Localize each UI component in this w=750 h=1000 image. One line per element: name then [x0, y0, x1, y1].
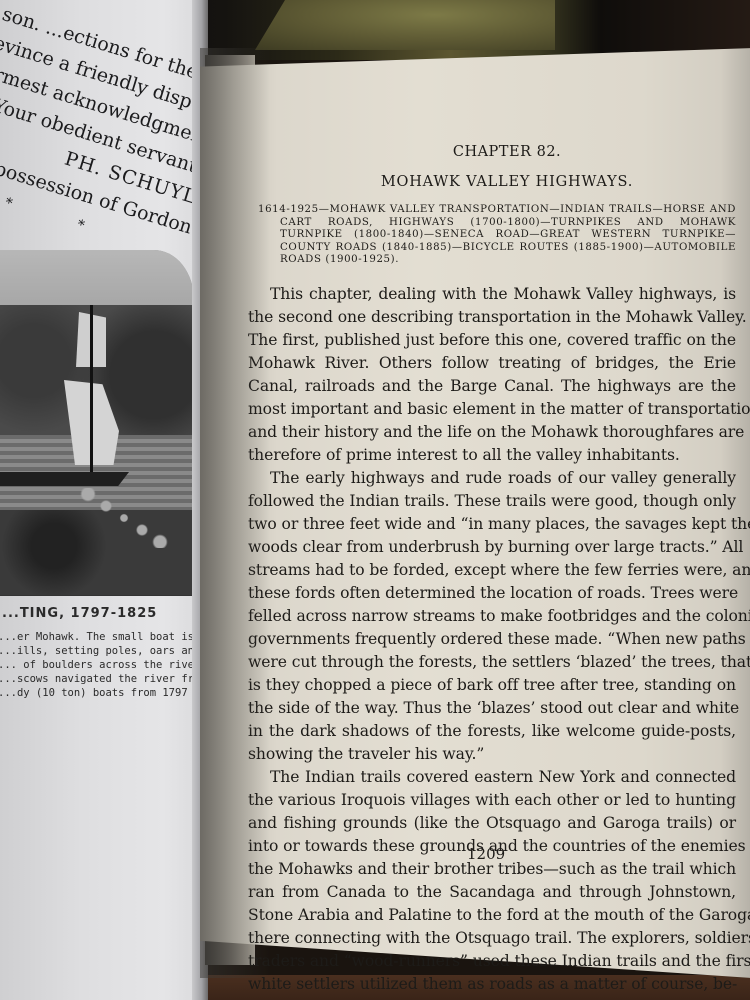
paragraph-3: The Indian trails covered eastern New Yo…: [248, 766, 736, 996]
text-line: is they chopped a piece of bark off tree…: [248, 674, 736, 697]
text-line: the second one describing transportation…: [248, 306, 736, 329]
chapter-synopsis: 1614-1925—MOHAWK VALLEY TRANSPORTATION—I…: [258, 204, 736, 267]
chapter-body: This chapter, dealing with the Mohawk Va…: [248, 283, 736, 996]
chapter-number: CHAPTER 82.: [278, 144, 736, 160]
text-line: The early highways and rude roads of our…: [248, 467, 736, 490]
text-line: The Indian trails covered eastern New Yo…: [248, 766, 736, 789]
caption-line: ...er Mohawk. The small boat is a bat-: [0, 630, 203, 644]
illustration-caption-title: ...TING, 1797-1825: [2, 606, 157, 621]
right-page-content: CHAPTER 82. MOHAWK VALLEY HIGHWAYS. 1614…: [248, 140, 736, 996]
caption-line: ... of boulders across the river V-shape…: [0, 658, 203, 672]
text-line: there connecting with the Otsquago trail…: [248, 927, 736, 950]
page-number: 1209: [467, 845, 505, 863]
text-line: and their history and the life on the Mo…: [248, 421, 736, 444]
boat-illustration: [0, 250, 194, 596]
illustration-caption: ...er Mohawk. The small boat is a bat- .…: [0, 630, 203, 700]
text-line: Mohawk River. Others follow treating of …: [248, 352, 736, 375]
caption-line: ...dy (10 ton) boats from 1797 to 182...: [0, 686, 203, 700]
text-line: Stone Arabia and Palatine to the ford at…: [248, 904, 736, 927]
text-line: showing the traveler his way.”: [248, 743, 736, 766]
text-line: these fords often determined the locatio…: [248, 582, 736, 605]
text-line: therefore of prime interest to all the v…: [248, 444, 736, 467]
text-line: in the dark shadows of the forests, like…: [248, 720, 736, 743]
text-line: This chapter, dealing with the Mohawk Va…: [248, 283, 736, 306]
caption-line: ...ills, setting poles, oars and tow rop…: [0, 644, 203, 658]
text-line: streams had to be forded, except where t…: [248, 559, 736, 582]
text-line: Canal, railroads and the Barge Canal. Th…: [248, 375, 736, 398]
text-line: followed the Indian trails. These trails…: [248, 490, 736, 513]
text-line: The first, published just before this on…: [248, 329, 736, 352]
text-line: ran from Canada to the Sacandaga and thr…: [248, 881, 736, 904]
text-line: most important and basic element in the …: [248, 398, 736, 421]
paragraph-2: The early highways and rude roads of our…: [248, 467, 736, 766]
left-page: ...son. ...ections for the wor... ll evi…: [0, 0, 205, 1000]
text-line: and fishing grounds (like the Otsquago a…: [248, 812, 736, 835]
text-line: two or three feet wide and “in many plac…: [248, 513, 736, 536]
text-line: the side of the way. Thus the ‘blazes’ s…: [248, 697, 736, 720]
text-line: felled across narrow streams to make foo…: [248, 605, 736, 628]
background-cloth: [255, 0, 555, 50]
left-page-letter-text: ...son. ...ections for the wor... ll evi…: [0, 0, 205, 271]
paragraph-1: This chapter, dealing with the Mohawk Va…: [248, 283, 736, 467]
text-line: governments frequently ordered these mad…: [248, 628, 736, 651]
text-line: white settlers utilized them as roads as…: [248, 973, 736, 996]
text-line: the various Iroquois villages with each …: [248, 789, 736, 812]
caption-line: ...scows navigated the river from about: [0, 672, 203, 686]
text-line: woods clear from underbrush by burning o…: [248, 536, 736, 559]
text-line: traders and “wood-runners” used these In…: [248, 950, 736, 973]
text-line: were cut through the forests, the settle…: [248, 651, 736, 674]
chapter-title: MOHAWK VALLEY HIGHWAYS.: [278, 174, 736, 190]
